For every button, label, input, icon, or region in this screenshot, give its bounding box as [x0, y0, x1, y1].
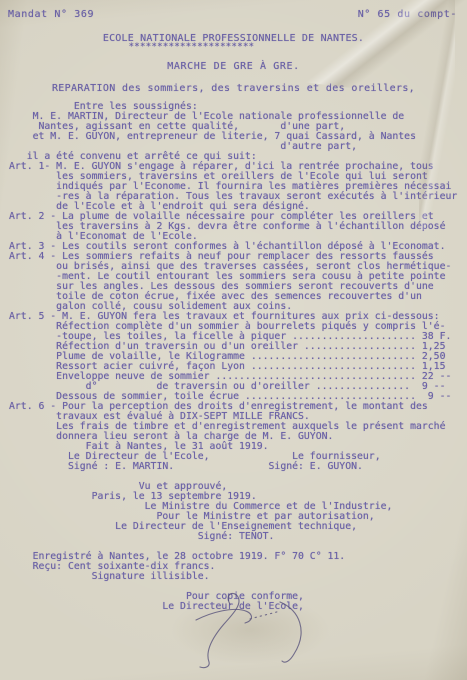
doc-line: Signature illisible. [9, 572, 467, 582]
contract-type-title: MARCHE DE GRE À GRE. [0, 61, 467, 72]
title-block: ECOLE NATIONALE PROFESSIONNELLE DE NANTE… [0, 33, 467, 94]
document-body: Entre les soussignés: M. E. MARTIN, Dire… [0, 102, 467, 612]
document-header: Mandat N° 369 N° 65 du compt- [0, 0, 467, 20]
mandat-number: Mandat N° 369 [8, 9, 94, 20]
handwritten-signature [152, 588, 342, 674]
account-number: N° 65 du compt- [358, 9, 457, 20]
asterisk-divider: ********************** [0, 44, 425, 51]
doc-line: Signé: TENOT. [9, 532, 467, 542]
doc-line: Signé : E. MARTIN. Signé: E. GUYON. [9, 462, 467, 472]
document-page: Mandat N° 369 N° 65 du compt- ECOLE NATI… [0, 0, 467, 680]
contract-object-line: REPARATION des sommiers, des traversins … [0, 83, 467, 94]
